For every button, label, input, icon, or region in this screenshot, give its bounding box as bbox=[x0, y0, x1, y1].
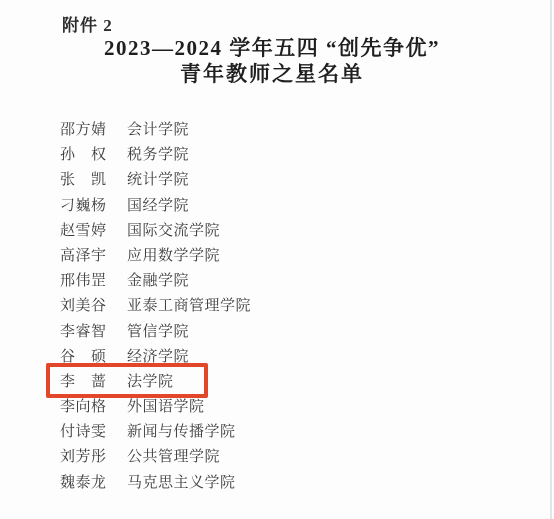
attachment-label: 附件 2 bbox=[62, 11, 113, 36]
title-line-2: 青年教师之星名单 bbox=[0, 61, 544, 88]
teacher-college: 税务学院 bbox=[127, 143, 189, 168]
teacher-college: 金融学院 bbox=[127, 269, 189, 294]
roster-row: 邵方婧 会计学院 bbox=[60, 118, 251, 143]
roster-row: 赵雪婷 国际交流学院 bbox=[60, 219, 251, 244]
teacher-name: 张 凯 bbox=[60, 168, 127, 193]
teacher-college: 新闻与传播学院 bbox=[127, 420, 236, 445]
teacher-name: 魏泰龙 bbox=[60, 471, 127, 496]
teacher-college: 外国语学院 bbox=[127, 395, 205, 420]
roster-row: 李睿智 管信学院 bbox=[60, 320, 251, 345]
page-edge-shadow bbox=[550, 0, 552, 519]
roster-row: 高泽宇 应用数学学院 bbox=[60, 244, 251, 269]
teacher-college: 会计学院 bbox=[127, 118, 189, 143]
roster-row: 刘芳彤 公共管理学院 bbox=[60, 445, 251, 470]
teacher-name: 邢伟罡 bbox=[60, 269, 127, 294]
roster-row: 邢伟罡 金融学院 bbox=[60, 269, 251, 294]
teacher-college: 统计学院 bbox=[127, 168, 189, 193]
title-line-1: 2023—2024 学年五四 “创先争优” bbox=[0, 36, 544, 61]
teacher-name: 孙 权 bbox=[60, 143, 127, 168]
roster-row: 魏泰龙 马克思主义学院 bbox=[60, 471, 251, 496]
teacher-name: 刘芳彤 bbox=[60, 445, 127, 470]
teacher-college: 国经学院 bbox=[127, 194, 189, 219]
roster-row: 孙 权 税务学院 bbox=[60, 143, 251, 168]
teacher-college: 经济学院 bbox=[127, 345, 189, 370]
roster-row-highlighted: 李 蔷 法学院 bbox=[60, 370, 251, 395]
teacher-name: 邵方婧 bbox=[60, 118, 127, 143]
teacher-college: 应用数学学院 bbox=[127, 244, 220, 269]
document-page: 附件 2 2023—2024 学年五四 “创先争优” 青年教师之星名单 邵方婧 … bbox=[0, 0, 554, 519]
teacher-name: 赵雪婷 bbox=[60, 219, 127, 244]
roster-row: 刁巍杨 国经学院 bbox=[60, 194, 251, 219]
roster-row: 谷 硕 经济学院 bbox=[60, 345, 251, 370]
teacher-name: 刘美谷 bbox=[60, 294, 127, 319]
teacher-name: 李 蔷 bbox=[60, 370, 127, 395]
teacher-college: 公共管理学院 bbox=[127, 445, 220, 470]
teacher-roster: 邵方婧 会计学院 孙 权 税务学院 张 凯 统计学院 刁巍杨 国经学院 赵雪婷 … bbox=[60, 118, 251, 496]
roster-row: 张 凯 统计学院 bbox=[60, 168, 251, 193]
teacher-college: 国际交流学院 bbox=[127, 219, 220, 244]
teacher-college: 马克思主义学院 bbox=[127, 471, 236, 496]
teacher-name: 谷 硕 bbox=[60, 345, 127, 370]
roster-row: 刘美谷 亚泰工商管理学院 bbox=[60, 294, 251, 319]
teacher-name: 付诗雯 bbox=[60, 420, 127, 445]
document-title: 2023—2024 学年五四 “创先争优” 青年教师之星名单 bbox=[0, 36, 544, 88]
teacher-name: 李睿智 bbox=[60, 320, 127, 345]
roster-row: 付诗雯 新闻与传播学院 bbox=[60, 420, 251, 445]
teacher-name: 刁巍杨 bbox=[60, 194, 127, 219]
teacher-name: 李向格 bbox=[60, 395, 127, 420]
teacher-college: 法学院 bbox=[127, 370, 174, 395]
teacher-name: 高泽宇 bbox=[60, 244, 127, 269]
teacher-college: 亚泰工商管理学院 bbox=[127, 294, 251, 319]
roster-row: 李向格 外国语学院 bbox=[60, 395, 251, 420]
teacher-college: 管信学院 bbox=[127, 320, 189, 345]
